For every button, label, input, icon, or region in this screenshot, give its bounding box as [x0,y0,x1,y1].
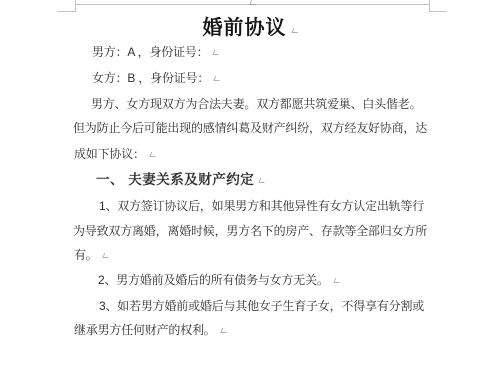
paragraph-mark-icon [214,76,222,81]
document-title: 婚前协议 [0,11,500,40]
line-text: 但为防止今后可能出现的感情纠葛及财产纠纷，双方经友好协商，达 [73,121,427,135]
document-line: 3、如若男方婚前或婚后与其他女子生育子女，不得享有分割或 [99,299,424,313]
document-page: 婚前协议 男方：A ，身份证号： 女方：B ，身份证号： 男方、女方现双方为合法… [0,0,500,375]
line-text: 女方：B ，身份证号： [92,71,209,85]
document-line: 成如下协议： [74,147,156,161]
document-line: 继承男方任何财产的权利。 [74,323,227,337]
line-text: 继承男方任何财产的权利。 [74,323,216,337]
paragraph-mark-icon [102,253,110,258]
paragraph-mark-icon [333,278,341,283]
paragraph-mark-icon [149,152,157,157]
document-line: 为导致双方离婚，离婚时候，男方名下的房产、存款等全部归女方所 [73,224,427,238]
document-line: 女方：B ，身份证号： [92,71,220,85]
line-text: 男方、女方现双方为合法夫妻。双方都愿共筑爱巢、白头偕老。 [91,97,421,111]
line-text: 有。 [74,248,98,262]
line-text: 1、双方签订协议后，如果男方和其他异性有女方认定出轨等行 [99,199,424,213]
line-text: 2、男方婚前及婚后的所有债务与女方无关。 [98,273,329,287]
line-text: 男方：A ，身份证号： [92,45,208,59]
line-text: 为导致双方离婚，离婚时候，男方名下的房产、存款等全部归女方所 [73,224,427,238]
document-title-text: 婚前协议 [203,17,287,39]
paragraph-mark-icon [220,328,228,333]
paragraph-mark-icon [291,28,299,33]
paragraph-mark-icon [213,50,221,55]
document-line: 2、男方婚前及婚后的所有债务与女方无关。 [98,273,340,287]
document-line: 有。 [74,248,109,262]
line-text: 3、如若男方婚前或婚后与其他女子生育子女，不得享有分割或 [99,299,424,313]
document-section-heading: 一、 夫妻关系及财产约定 [96,173,265,187]
document-line: 但为防止今后可能出现的感情纠葛及财产纠纷，双方经友好协商，达 [73,121,427,135]
document-line: 1、双方签订协议后，如果男方和其他异性有女方认定出轨等行 [99,199,424,213]
document-line: 男方、女方现双方为合法夫妻。双方都愿共筑爱巢、白头偕老。 [91,97,421,111]
line-text: 成如下协议： [74,147,145,161]
paragraph-mark-icon [259,178,267,183]
document-line: 男方：A ，身份证号： [92,45,219,59]
line-text: 一、 夫妻关系及财产约定 [96,172,254,187]
